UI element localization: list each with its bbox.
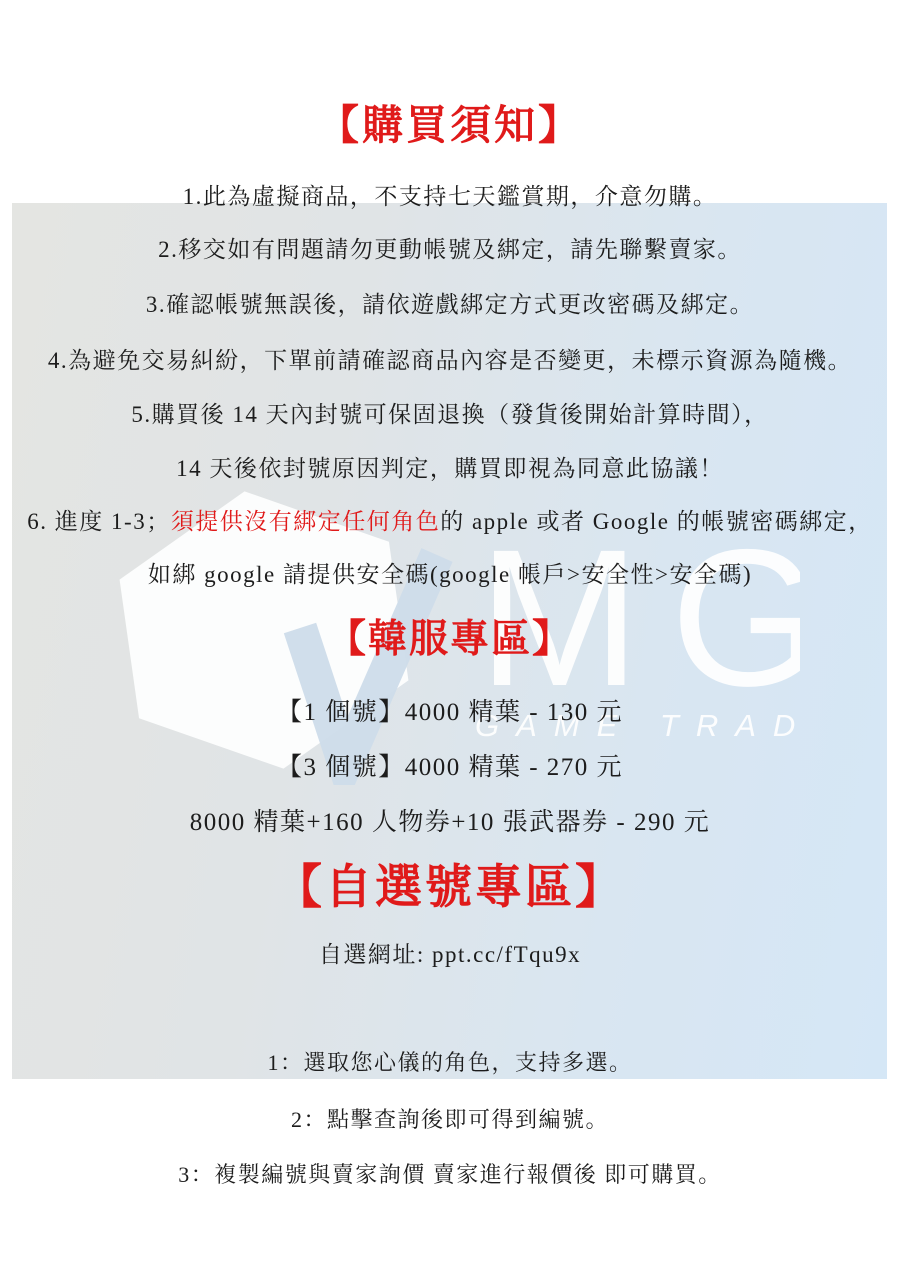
notice-line-6-suffix: 的 apple 或者 Google 的帳號密碼綁定， xyxy=(440,509,873,534)
notice-line-5: 5.購買後 14 天內封號可保固退換（發貨後開始計算時間）， xyxy=(0,396,900,429)
step-line-1: 1：選取您心儀的角色，支持多選。 xyxy=(0,1046,900,1077)
price-line-2: 【3 個號】4000 精葉 - 270 元 xyxy=(0,747,900,783)
step-line-3: 3：複製編號與賣家詢價 賣家進行報價後 即可購買。 xyxy=(0,1158,900,1189)
notice-line-4: 4.為避免交易糾紛，下單前請確認商品內容是否變更，未標示資源為隨機。 xyxy=(0,342,900,375)
price-line-3: 8000 精葉+160 人物券+10 張武器券 - 290 元 xyxy=(0,802,900,838)
page-title: 【購買須知】 xyxy=(0,92,900,151)
purchase-notice-poster: { "colors": { "accent_red": "#e01a1a", "… xyxy=(0,0,900,1273)
notice-line-6-prefix: 6. 進度 1-3； xyxy=(27,509,170,534)
step-line-2: 2：點擊查詢後即可得到編號。 xyxy=(0,1103,900,1134)
notice-line-6-continued: 如綁 google 請提供安全碼(google 帳戶>安全性>安全碼) xyxy=(0,556,900,589)
notice-line-3: 3.確認帳號無誤後，請依遊戲綁定方式更改密碼及綁定。 xyxy=(0,286,900,319)
notice-line-5-continued: 14 天後依封號原因判定，購買即視為同意此協議！ xyxy=(0,450,900,483)
price-line-1: 【1 個號】4000 精葉 - 130 元 xyxy=(0,692,900,728)
notice-line-6: 6. 進度 1-3；須提供沒有綁定任何角色的 apple 或者 Google 的… xyxy=(0,503,900,536)
notice-line-6-highlight: 須提供沒有綁定任何角色 xyxy=(171,509,441,534)
notice-line-1: 1.此為虛擬商品，不支持七天鑑賞期，介意勿購。 xyxy=(0,178,900,211)
notice-line-2: 2.移交如有問題請勿更動帳號及綁定，請先聯繫賣家。 xyxy=(0,231,900,264)
section-title-custom-account: 【自選號專區】 xyxy=(0,850,900,917)
section-title-korea-server: 【韓服專區】 xyxy=(0,608,900,664)
custom-account-url: 自選網址: ppt.cc/fTqu9x xyxy=(0,936,900,969)
